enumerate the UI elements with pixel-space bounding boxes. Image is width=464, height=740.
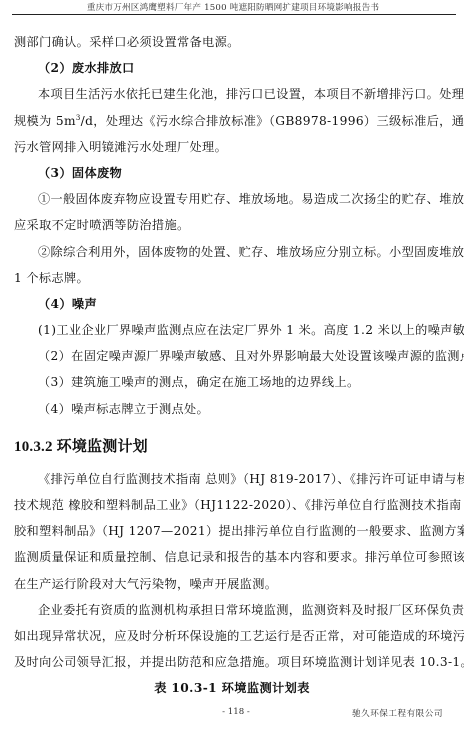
paragraph-line: 在生产运行阶段对大气污染物，噪声开展监测。	[14, 571, 450, 597]
table-caption: 表 10.3-1 环境监测计划表	[14, 675, 450, 701]
paragraph-line: 如出现异常状况，应及时分析环保设施的工艺运行是否正常，对可能造成的环境污染应	[14, 623, 450, 649]
subheading-solid-waste: （3）固体废物	[14, 160, 450, 186]
page-number: - 118 -	[212, 707, 260, 717]
paragraph-line: 技术规范 橡胶和塑料制品工业》（HJ1122-2020）、《排污单位自行监测技术…	[14, 492, 450, 518]
header-title: 重庆市万州区鸿鹰塑料厂年产 1500 吨遮阳防晒网扩建项目环境影响报告书	[12, 1, 444, 13]
noise-list-item: （4）噪声标志牌立于测点处。	[14, 396, 450, 422]
noise-list-item: (1)工业企业厂界噪声监测点应在法定厂界外 1 米。高度 1.2 米以上的噪声敏…	[14, 317, 450, 343]
subheading-wastewater-outlet: （2）废水排放口	[14, 55, 450, 81]
section-heading: 10.3.2 环境监测计划	[14, 432, 450, 462]
noise-list-item: （3）建筑施工噪声的测点，确定在施工场地的边界线上。	[14, 369, 450, 395]
paragraph-line: 测部门确认。采样口必须设置常备电源。	[14, 29, 450, 55]
paragraph-line: 及时向公司领导汇报，并提出防范和应急措施。项目环境监测计划详见表 10.3-1。	[14, 649, 450, 675]
paragraph-line: 污水管网排入明镜滩污水处理厂处理。	[14, 134, 450, 160]
page-header: 重庆市万州区鸿鹰塑料厂年产 1500 吨遮阳防晒网扩建项目环境影响报告书	[12, 0, 456, 15]
paragraph-line: 本项目生活污水依托已建生化池，排污口已设置，本项目不新增排污口。处理能力	[14, 81, 450, 107]
paragraph-line: 监测质量保证和质量控制、信息记录和报告的基本内容和要求。排污单位可参照该标准	[14, 544, 450, 570]
footer-company: 驰久环保工程有限公司	[352, 707, 443, 719]
paragraph-line: 应采取不定时喷洒等防治措施。	[14, 212, 450, 238]
paragraph-line: 胶和塑料制品》（HJ 1207—2021）提出排污单位自行监测的一般要求、监测方…	[14, 518, 450, 544]
subheading-noise: （4）噪声	[14, 291, 450, 317]
paragraph-line-with-superscript: 规模为 5m3/d，处理达《污水综合排放标准》（GB8978-1996）三级标准…	[14, 108, 450, 134]
paragraph-line: ①一般固体废弃物应设置专用贮存、堆放场地。易造成二次扬尘的贮存、堆放场地，	[14, 186, 450, 212]
page-content: 测部门确认。采样口必须设置常备电源。 （2）废水排放口 本项目生活污水依托已建生…	[14, 29, 450, 701]
noise-list-item: （2）在固定噪声源厂界噪声敏感、且对外界影响最大处设置该噪声源的监测点。	[14, 343, 450, 369]
text-fragment: /d，处理达《污水综合排放标准》（GB8978-1996）三级标准后，通过市政	[81, 114, 464, 128]
paragraph-line: 企业委托有资质的监测机构承担日常环境监测，监测资料及时报厂区环保负责人，	[14, 597, 450, 623]
paragraph-line: ②除综合利用外，固体废物的处置、贮存、堆放场应分别立标。小型固废堆放场设	[14, 239, 450, 265]
text-fragment: 规模为 5m	[14, 114, 76, 128]
paragraph-line: 1 个标志牌。	[14, 265, 450, 291]
paragraph-line: 《排污单位自行监测技术指南 总则》（HJ 819-2017）、《排污许可证申请与…	[14, 466, 450, 492]
